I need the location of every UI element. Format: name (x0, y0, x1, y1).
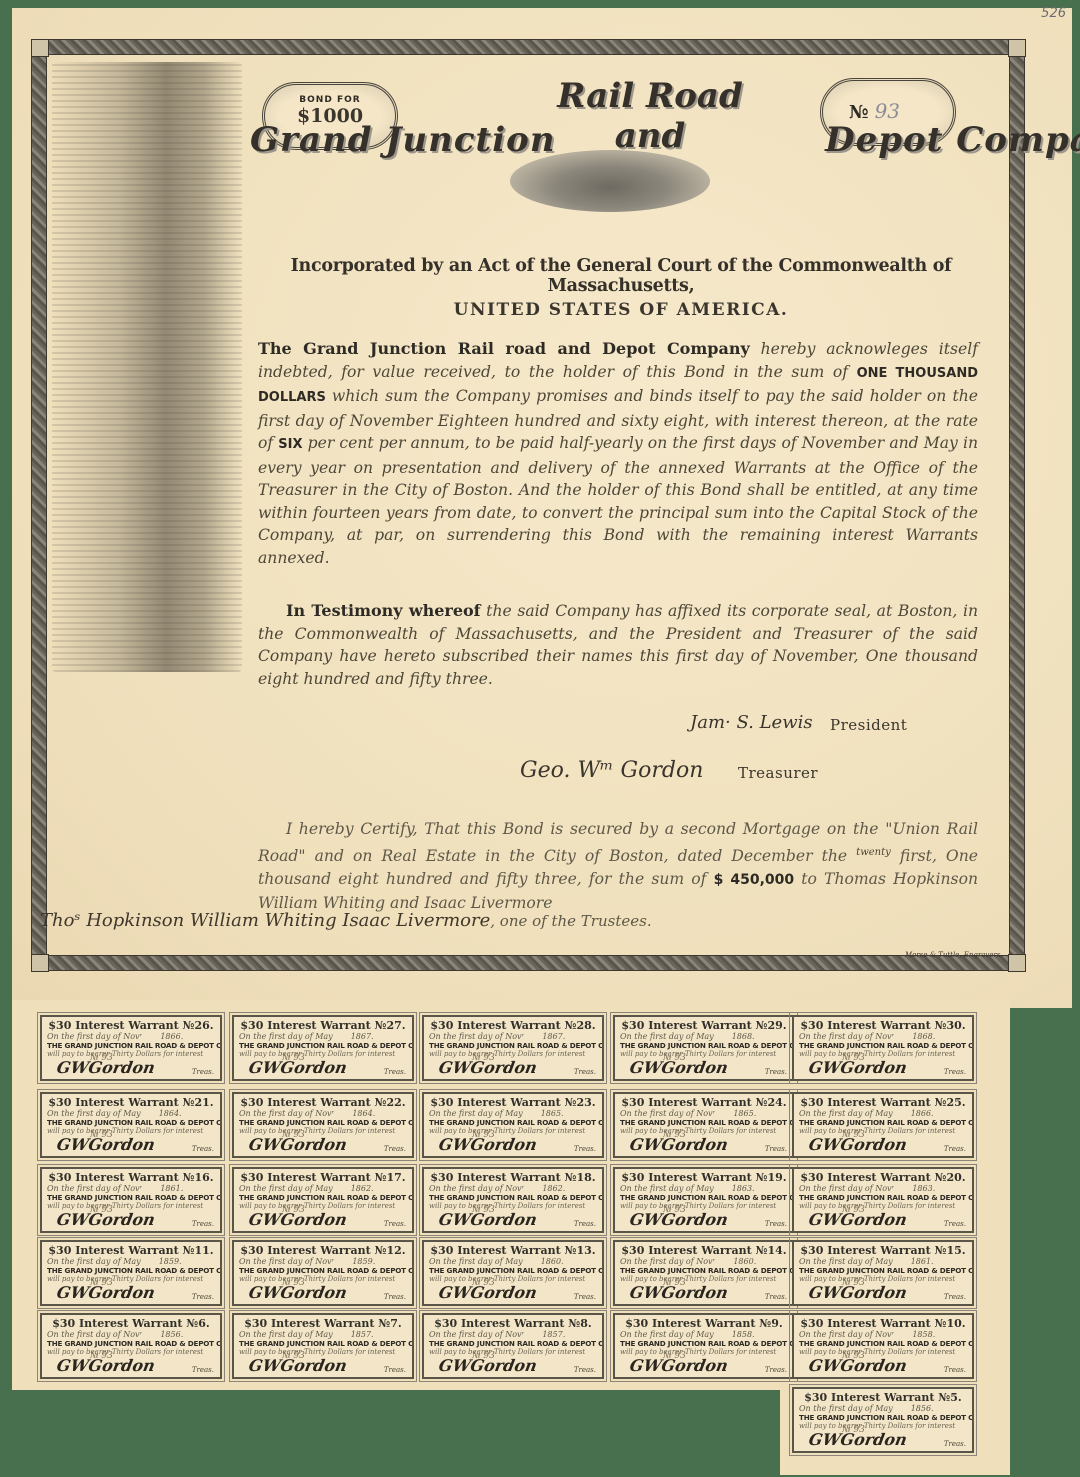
warrant-treas-label: Treas. (765, 1068, 787, 1076)
border-corner-ornament (31, 39, 49, 57)
warrant-due-date: On the first day of May1856. (799, 1404, 967, 1413)
warrant-heading: $30 Interest Warrant №20. (799, 1171, 967, 1184)
warrant-heading: $30 Interest Warrant №17. (239, 1171, 407, 1184)
warrant-treas-label: Treas. (765, 1293, 787, 1301)
warrant-number: 11 (194, 1244, 209, 1257)
catalog-number: 526 (1041, 6, 1066, 21)
warrant-heading: $30 Interest Warrant №16. (47, 1171, 215, 1184)
interest-warrant-coupon: $30 Interest Warrant №17.On the first da… (232, 1167, 414, 1233)
warrant-bond-reference: № 93 (663, 1351, 686, 1361)
warrant-number: 20 (946, 1171, 961, 1184)
warrant-treas-label: Treas. (384, 1220, 406, 1228)
warrant-due-date: On the first day of Novʳ1864. (239, 1109, 407, 1118)
warrant-pay-text: will pay to bearer Thirty Dollars for in… (239, 1348, 407, 1356)
bond-for-label: BOND FOR (265, 95, 395, 105)
warrant-due-date: On the first day of Novʳ1859. (239, 1257, 407, 1266)
warrant-company: THE GRAND JUNCTION RAIL ROAD & DEPOT CO. (620, 1339, 788, 1348)
warrant-number: 29 (767, 1019, 782, 1032)
warrant-company: THE GRAND JUNCTION RAIL ROAD & DEPOT CO. (620, 1193, 788, 1202)
railroad-harbor-vignette-image (52, 62, 242, 672)
warrant-treas-label: Treas. (574, 1068, 596, 1076)
warrant-due-date: On the first day of May1857. (239, 1330, 407, 1339)
warrant-pay-text: will pay to bearer Thirty Dollars for in… (47, 1050, 215, 1058)
handwritten-insert: twenty (856, 847, 891, 858)
warrant-heading: $30 Interest Warrant №25. (799, 1096, 967, 1109)
warrant-treas-label: Treas. (944, 1366, 966, 1374)
warrant-company: THE GRAND JUNCTION RAIL ROAD & DEPOT CO. (239, 1041, 407, 1050)
warrant-due-date: On the first day of May1863. (620, 1184, 788, 1193)
warrant-bond-reference: № 93 (472, 1278, 495, 1288)
warrant-heading: $30 Interest Warrant №29. (620, 1019, 788, 1032)
warrant-heading: $30 Interest Warrant №21. (47, 1096, 215, 1109)
interest-warrant-coupon: $30 Interest Warrant №15.On the first da… (792, 1240, 974, 1306)
warrant-company: THE GRAND JUNCTION RAIL ROAD & DEPOT CO. (429, 1339, 597, 1348)
warrant-company: THE GRAND JUNCTION RAIL ROAD & DEPOT CO. (429, 1266, 597, 1275)
warrant-bond-reference: № 93 (282, 1351, 305, 1361)
warrant-treas-label: Treas. (944, 1220, 966, 1228)
warrant-company: THE GRAND JUNCTION RAIL ROAD & DEPOT CO. (47, 1041, 215, 1050)
interest-warrant-coupon: $30 Interest Warrant №18.On the first da… (422, 1167, 604, 1233)
warrant-pay-text: will pay to bearer Thirty Dollars for in… (799, 1275, 967, 1283)
warrant-number: 10 (946, 1317, 961, 1330)
warrant-treas-label: Treas. (192, 1145, 214, 1153)
warrant-bond-reference: № 93 (663, 1205, 686, 1215)
warrant-bond-reference: № 93 (663, 1053, 686, 1063)
warrant-due-date: On the first day of Novʳ1857. (429, 1330, 597, 1339)
warrant-treas-label: Treas. (765, 1366, 787, 1374)
interest-warrant-coupon: $30 Interest Warrant №22.On the first da… (232, 1092, 414, 1158)
warrant-pay-text: will pay to bearer Thirty Dollars for in… (429, 1127, 597, 1135)
warrant-company: THE GRAND JUNCTION RAIL ROAD & DEPOT CO. (429, 1193, 597, 1202)
interest-warrant-coupon: $30 Interest Warrant №10.On the first da… (792, 1313, 974, 1379)
warrant-number: 7 (390, 1317, 398, 1330)
treasurer-title: Treasurer (738, 764, 818, 782)
warrant-company: THE GRAND JUNCTION RAIL ROAD & DEPOT CO. (429, 1118, 597, 1127)
warrant-bond-reference: № 93 (282, 1205, 305, 1215)
warrant-company: THE GRAND JUNCTION RAIL ROAD & DEPOT CO. (47, 1339, 215, 1348)
warrant-pay-text: will pay to bearer Thirty Dollars for in… (47, 1127, 215, 1135)
warrant-heading: $30 Interest Warrant №8. (429, 1317, 597, 1330)
warrant-bond-reference: № 93 (472, 1130, 495, 1140)
warrant-treas-label: Treas. (574, 1366, 596, 1374)
warrant-bond-reference: № 93 (663, 1130, 686, 1140)
warrant-heading: $30 Interest Warrant №23. (429, 1096, 597, 1109)
interest-warrant-coupon: $30 Interest Warrant №23.On the first da… (422, 1092, 604, 1158)
warrant-pay-text: will pay to bearer Thirty Dollars for in… (799, 1348, 967, 1356)
warrant-pay-text: will pay to bearer Thirty Dollars for in… (620, 1202, 788, 1210)
border-corner-ornament (1008, 954, 1026, 972)
interest-warrant-coupon: $30 Interest Warrant №16.On the first da… (40, 1167, 222, 1233)
warrant-number: 13 (576, 1244, 591, 1257)
interest-warrant-coupon: $30 Interest Warrant №28.On the first da… (422, 1015, 604, 1081)
country-heading: UNITED STATES OF AMERICA. (256, 300, 986, 320)
warrant-number: 26 (194, 1019, 209, 1032)
warrant-bond-reference: № 93 (282, 1130, 305, 1140)
warrant-company: THE GRAND JUNCTION RAIL ROAD & DEPOT CO. (239, 1193, 407, 1202)
warrant-number: 8 (580, 1317, 588, 1330)
warrant-heading: $30 Interest Warrant №6. (47, 1317, 215, 1330)
warrant-bond-reference: № 93 (90, 1053, 113, 1063)
warrant-number: 30 (946, 1019, 961, 1032)
warrant-number: 24 (767, 1096, 782, 1109)
warrant-due-date: On the first day of May1859. (47, 1257, 215, 1266)
interest-warrant-coupon: $30 Interest Warrant №30.On the first da… (792, 1015, 974, 1081)
warrant-company: THE GRAND JUNCTION RAIL ROAD & DEPOT CO. (620, 1266, 788, 1275)
interest-warrant-coupon: $30 Interest Warrant №27.On the first da… (232, 1015, 414, 1081)
warrant-bond-reference: № 93 (842, 1053, 865, 1063)
warrant-bond-reference: № 93 (472, 1351, 495, 1361)
warrant-number: 5 (950, 1391, 958, 1404)
warrant-bond-reference: № 93 (842, 1205, 865, 1215)
warrant-pay-text: will pay to bearer Thirty Dollars for in… (620, 1275, 788, 1283)
incorporation-line: Incorporated by an Act of the General Co… (256, 256, 986, 296)
warrant-heading: $30 Interest Warrant №26. (47, 1019, 215, 1032)
president-title: President (830, 716, 907, 734)
warrant-pay-text: will pay to bearer Thirty Dollars for in… (47, 1275, 215, 1283)
warrant-treas-label: Treas. (944, 1440, 966, 1448)
warrant-due-date: On the first day of Novʳ1867. (429, 1032, 597, 1041)
warrant-company: THE GRAND JUNCTION RAIL ROAD & DEPOT CO. (799, 1413, 967, 1422)
warrant-number: 18 (576, 1171, 591, 1184)
warrant-treas-label: Treas. (384, 1068, 406, 1076)
warrant-due-date: On the first day of Novʳ1868. (799, 1032, 967, 1041)
warrant-pay-text: will pay to bearer Thirty Dollars for in… (239, 1275, 407, 1283)
warrant-pay-text: will pay to bearer Thirty Dollars for in… (620, 1127, 788, 1135)
warrant-bond-reference: № 93 (90, 1351, 113, 1361)
interest-warrant-coupon: $30 Interest Warrant №12.On the first da… (232, 1240, 414, 1306)
warrant-company: THE GRAND JUNCTION RAIL ROAD & DEPOT CO. (799, 1041, 967, 1050)
warrant-company: THE GRAND JUNCTION RAIL ROAD & DEPOT CO. (239, 1266, 407, 1275)
warrant-bond-reference: № 93 (842, 1130, 865, 1140)
warrant-company: THE GRAND JUNCTION RAIL ROAD & DEPOT CO. (799, 1193, 967, 1202)
warrant-bond-reference: № 93 (842, 1351, 865, 1361)
warrant-treas-label: Treas. (384, 1366, 406, 1374)
warrant-treas-label: Treas. (192, 1293, 214, 1301)
warrant-pay-text: will pay to bearer Thirty Dollars for in… (239, 1050, 407, 1058)
warrant-due-date: On the first day of May1862. (239, 1184, 407, 1193)
warrant-heading: $30 Interest Warrant №7. (239, 1317, 407, 1330)
warrant-pay-text: will pay to bearer Thirty Dollars for in… (429, 1050, 597, 1058)
warrant-treas-label: Treas. (574, 1293, 596, 1301)
warrant-pay-text: will pay to bearer Thirty Dollars for in… (47, 1348, 215, 1356)
warrant-due-date: On the first day of May1865. (429, 1109, 597, 1118)
warrant-number: 12 (386, 1244, 401, 1257)
warrant-heading: $30 Interest Warrant №11. (47, 1244, 215, 1257)
interest-rate: SIX (278, 437, 302, 452)
warrant-number: 14 (767, 1244, 782, 1257)
warrant-heading: $30 Interest Warrant №5. (799, 1391, 967, 1404)
mortgage-amount: $ 450,000 (714, 872, 795, 888)
bond-body-text: The Grand Junction Rail road and Depot C… (258, 338, 978, 569)
warrant-pay-text: will pay to bearer Thirty Dollars for in… (239, 1127, 407, 1135)
warrant-bond-reference: № 93 (472, 1053, 495, 1063)
warrant-treas-label: Treas. (765, 1220, 787, 1228)
warrant-number: 23 (576, 1096, 591, 1109)
interest-warrant-coupon: $30 Interest Warrant №8.On the first day… (422, 1313, 604, 1379)
warrant-company: THE GRAND JUNCTION RAIL ROAD & DEPOT CO. (799, 1339, 967, 1348)
warrant-due-date: On the first day of Novʳ1866. (47, 1032, 215, 1041)
warrant-treas-label: Treas. (944, 1293, 966, 1301)
warrant-due-date: On the first day of May1860. (429, 1257, 597, 1266)
company-title: Grand Junction Depot Company. (250, 120, 990, 160)
warrant-due-date: On the first day of May1858. (620, 1330, 788, 1339)
interest-warrant-coupon: $30 Interest Warrant №13.On the first da… (422, 1240, 604, 1306)
warrant-pay-text: will pay to bearer Thirty Dollars for in… (620, 1050, 788, 1058)
warrant-bond-reference: № 93 (472, 1205, 495, 1215)
warrant-due-date: On the first day of Novʳ1865. (620, 1109, 788, 1118)
interest-warrant-coupon: $30 Interest Warrant №7.On the first day… (232, 1313, 414, 1379)
warrant-bond-reference: № 93 (90, 1130, 113, 1140)
warrant-company: THE GRAND JUNCTION RAIL ROAD & DEPOT CO. (47, 1266, 215, 1275)
warrant-pay-text: will pay to bearer Thirty Dollars for in… (47, 1202, 215, 1210)
interest-warrant-coupon: $30 Interest Warrant №5.On the first day… (792, 1387, 974, 1453)
warrant-company: THE GRAND JUNCTION RAIL ROAD & DEPOT CO. (239, 1339, 407, 1348)
warrant-heading: $30 Interest Warrant №27. (239, 1019, 407, 1032)
warrant-treas-label: Treas. (384, 1145, 406, 1153)
warrant-treas-label: Treas. (384, 1293, 406, 1301)
warrant-number: 21 (194, 1096, 209, 1109)
warrant-pay-text: will pay to bearer Thirty Dollars for in… (429, 1348, 597, 1356)
warrant-pay-text: will pay to bearer Thirty Dollars for in… (799, 1050, 967, 1058)
warrant-pay-text: will pay to bearer Thirty Dollars for in… (239, 1202, 407, 1210)
warrant-due-date: On the first day of May1867. (239, 1032, 407, 1041)
warrant-treas-label: Treas. (192, 1220, 214, 1228)
interest-warrant-coupon: $30 Interest Warrant №11.On the first da… (40, 1240, 222, 1306)
engraver-credit: Morse & Tuttle, Engravers. (905, 951, 1003, 959)
warrant-company: THE GRAND JUNCTION RAIL ROAD & DEPOT CO. (47, 1118, 215, 1127)
warrant-treas-label: Treas. (192, 1068, 214, 1076)
warrant-treas-label: Treas. (944, 1068, 966, 1076)
warrant-company: THE GRAND JUNCTION RAIL ROAD & DEPOT CO. (47, 1193, 215, 1202)
interest-warrant-coupon: $30 Interest Warrant №29.On the first da… (613, 1015, 795, 1081)
warrant-due-date: On the first day of Novʳ1858. (799, 1330, 967, 1339)
warrant-heading: $30 Interest Warrant №10. (799, 1317, 967, 1330)
warrant-treas-label: Treas. (574, 1220, 596, 1228)
president-signature: Jam· S. Lewis (690, 712, 813, 733)
warrant-heading: $30 Interest Warrant №30. (799, 1019, 967, 1032)
warrant-treas-label: Treas. (574, 1145, 596, 1153)
warrant-number: 25 (946, 1096, 961, 1109)
warrant-bond-reference: № 93 (282, 1053, 305, 1063)
warrant-due-date: On the first day of Novʳ1856. (47, 1330, 215, 1339)
warrant-due-date: On the first day of May1864. (47, 1109, 215, 1118)
warrant-heading: $30 Interest Warrant №24. (620, 1096, 788, 1109)
warrant-number: 15 (946, 1244, 961, 1257)
warrant-company: THE GRAND JUNCTION RAIL ROAD & DEPOT CO. (239, 1118, 407, 1127)
warrant-heading: $30 Interest Warrant №12. (239, 1244, 407, 1257)
warrant-due-date: On the first day of May1868. (620, 1032, 788, 1041)
warrant-company: THE GRAND JUNCTION RAIL ROAD & DEPOT CO. (799, 1118, 967, 1127)
interest-warrant-coupon: $30 Interest Warrant №24.On the first da… (613, 1092, 795, 1158)
treasurer-signature: Geo. Wᵐ Gordon (520, 758, 703, 783)
warrant-pay-text: will pay to bearer Thirty Dollars for in… (429, 1202, 597, 1210)
border-corner-ornament (31, 954, 49, 972)
interest-warrant-coupon: $30 Interest Warrant №21.On the first da… (40, 1092, 222, 1158)
warrant-bond-reference: № 93 (663, 1278, 686, 1288)
warrant-heading: $30 Interest Warrant №14. (620, 1244, 788, 1257)
warrant-pay-text: will pay to bearer Thirty Dollars for in… (799, 1127, 967, 1135)
warrant-heading: $30 Interest Warrant №18. (429, 1171, 597, 1184)
trustee-signatures: Thoˢ Hopkinson William Whiting Isaac Liv… (40, 910, 980, 931)
warrant-due-date: On the first day of May1866. (799, 1109, 967, 1118)
warrant-bond-reference: № 93 (90, 1278, 113, 1288)
warrant-heading: $30 Interest Warrant №19. (620, 1171, 788, 1184)
warrant-number: 22 (386, 1096, 401, 1109)
warrant-number: 27 (386, 1019, 401, 1032)
warrant-bond-reference: № 93 (842, 1278, 865, 1288)
interest-warrant-coupon: $30 Interest Warrant №9.On the first day… (613, 1313, 795, 1379)
warrant-due-date: On the first day of Novʳ1860. (620, 1257, 788, 1266)
warrant-pay-text: will pay to bearer Thirty Dollars for in… (429, 1275, 597, 1283)
interest-warrant-coupon: $30 Interest Warrant №14.On the first da… (613, 1240, 795, 1306)
warrant-heading: $30 Interest Warrant №28. (429, 1019, 597, 1032)
warrant-company: THE GRAND JUNCTION RAIL ROAD & DEPOT CO. (429, 1041, 597, 1050)
warrant-number: 16 (194, 1171, 209, 1184)
warrant-pay-text: will pay to bearer Thirty Dollars for in… (799, 1202, 967, 1210)
warrant-company: THE GRAND JUNCTION RAIL ROAD & DEPOT CO. (620, 1118, 788, 1127)
warrant-treas-label: Treas. (765, 1145, 787, 1153)
warrant-due-date: On the first day of Novʳ1863. (799, 1184, 967, 1193)
border-corner-ornament (1008, 39, 1026, 57)
warrant-company: THE GRAND JUNCTION RAIL ROAD & DEPOT CO. (620, 1041, 788, 1050)
warrant-heading: $30 Interest Warrant №9. (620, 1317, 788, 1330)
warrant-number: 9 (771, 1317, 779, 1330)
warrant-pay-text: will pay to bearer Thirty Dollars for in… (799, 1422, 967, 1430)
warrant-heading: $30 Interest Warrant №13. (429, 1244, 597, 1257)
warrant-due-date: On the first day of May1861. (799, 1257, 967, 1266)
warrant-due-date: On the first day of Novʳ1861. (47, 1184, 215, 1193)
interest-warrant-coupon: $30 Interest Warrant №20.On the first da… (792, 1167, 974, 1233)
warrant-due-date: On the first day of Novʳ1862. (429, 1184, 597, 1193)
warrant-number: 6 (198, 1317, 206, 1330)
testimony-paragraph: In Testimony whereof the said Company ha… (258, 600, 978, 690)
interest-warrant-coupon: $30 Interest Warrant №26.On the first da… (40, 1015, 222, 1081)
warrant-bond-reference: № 93 (842, 1425, 865, 1435)
interest-warrant-coupon: $30 Interest Warrant №19.On the first da… (613, 1167, 795, 1233)
warrant-heading: $30 Interest Warrant №15. (799, 1244, 967, 1257)
warrant-company: THE GRAND JUNCTION RAIL ROAD & DEPOT CO. (799, 1266, 967, 1275)
trustee-certification: I hereby Certify, That this Bond is secu… (258, 818, 978, 915)
interest-warrant-coupon: $30 Interest Warrant №25.On the first da… (792, 1092, 974, 1158)
warrant-heading: $30 Interest Warrant №22. (239, 1096, 407, 1109)
warrant-number: 17 (386, 1171, 401, 1184)
warrant-number: 19 (767, 1171, 782, 1184)
warrant-bond-reference: № 93 (90, 1205, 113, 1215)
interest-warrant-coupon: $30 Interest Warrant №6.On the first day… (40, 1313, 222, 1379)
warrant-pay-text: will pay to bearer Thirty Dollars for in… (620, 1348, 788, 1356)
warrant-treas-label: Treas. (944, 1145, 966, 1153)
warrant-treas-label: Treas. (192, 1366, 214, 1374)
warrant-number: 28 (576, 1019, 591, 1032)
warrant-bond-reference: № 93 (282, 1278, 305, 1288)
